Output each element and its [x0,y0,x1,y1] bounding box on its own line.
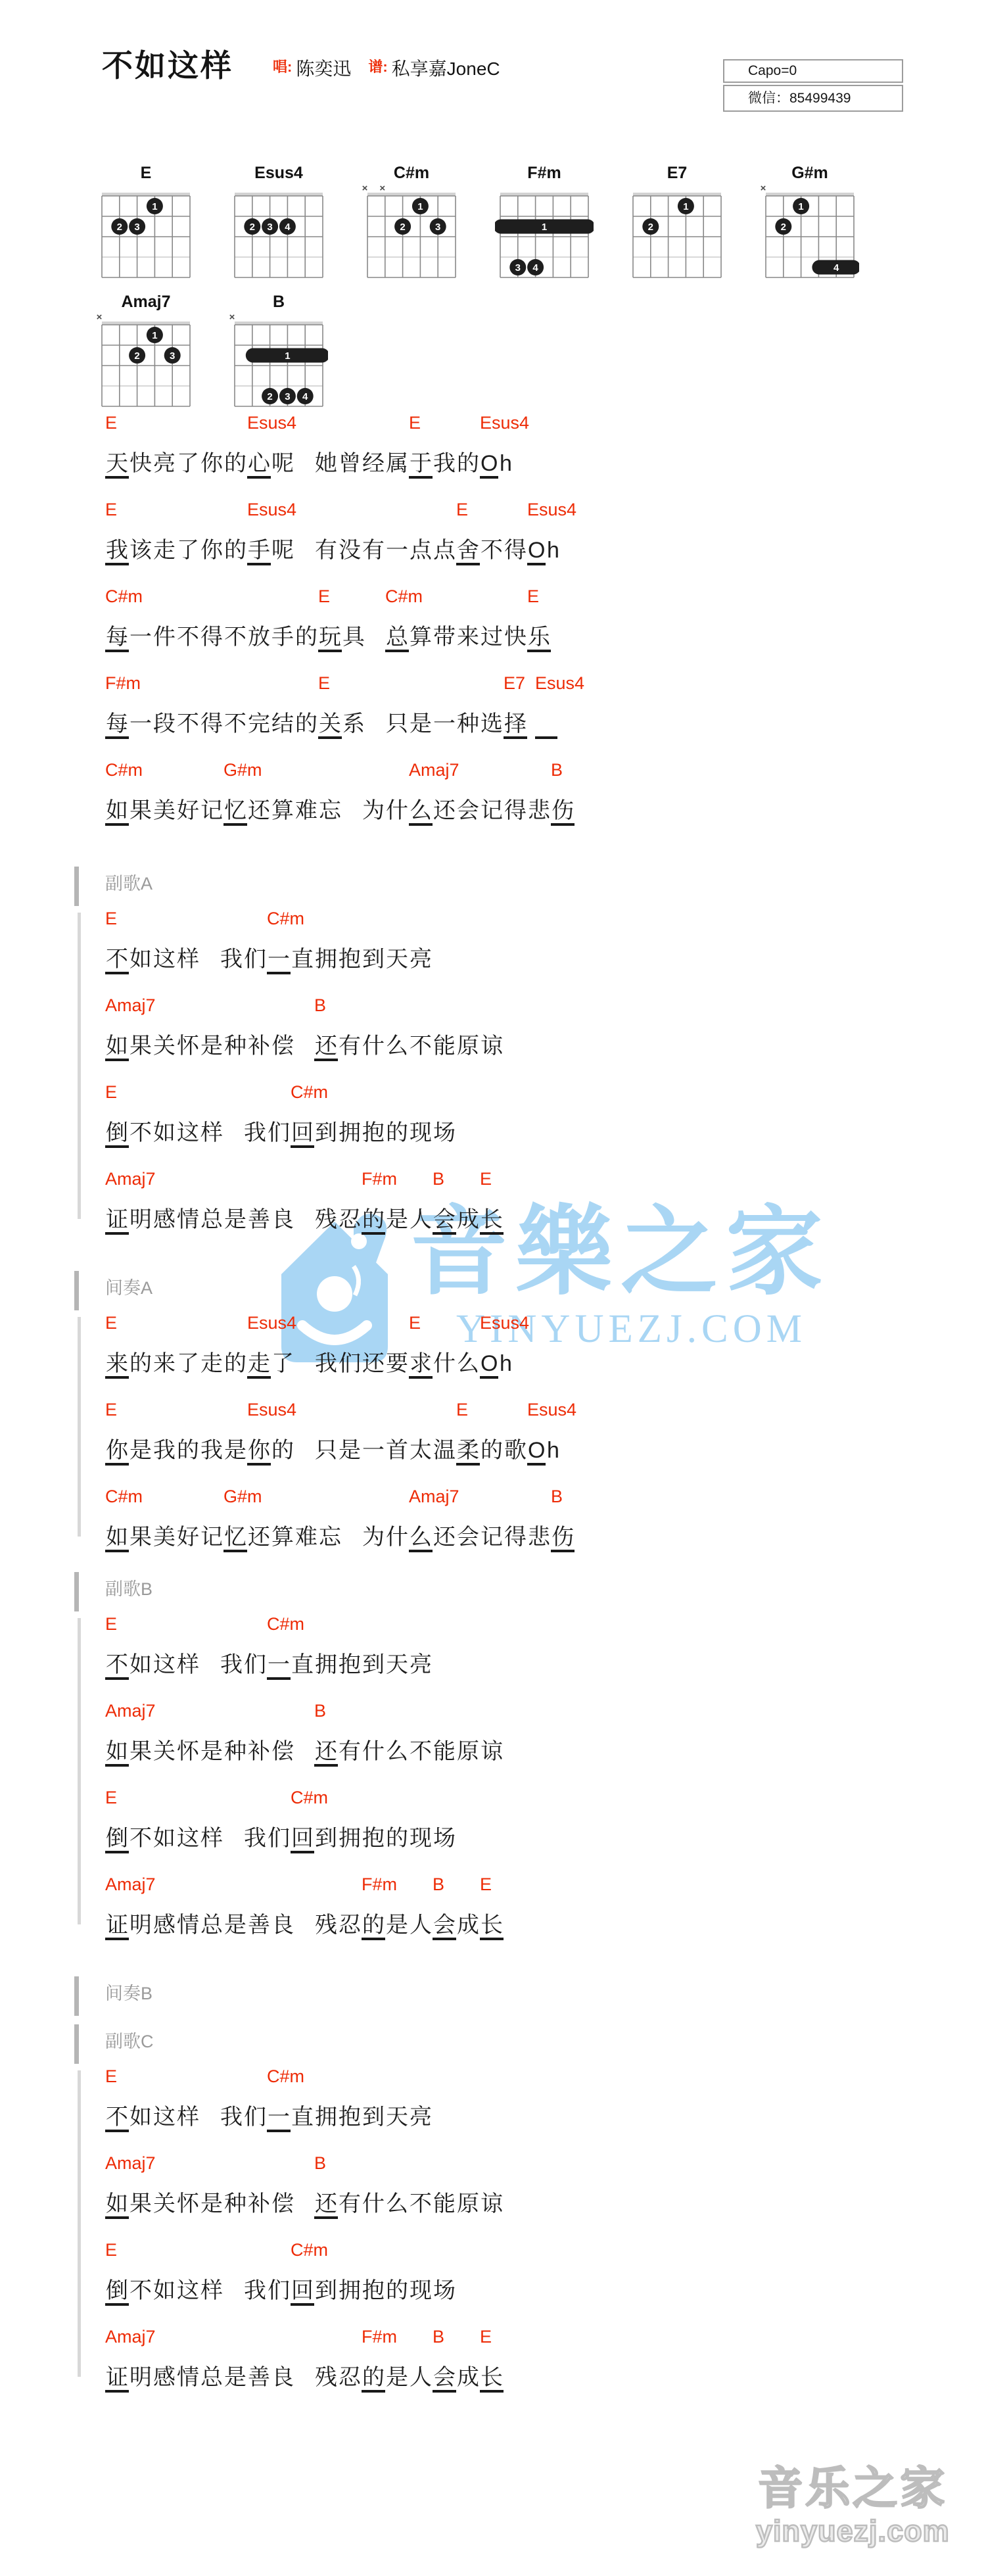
lyric-char [342,1522,352,1552]
lyric-line: 如果美好记忆还算难忘为什么还会记得悲伤 [105,1522,933,1556]
lyric-char: 明 [129,1205,153,1235]
lyric-char: 一 [129,709,153,739]
chord-name: C#m [105,760,143,780]
lyric-char: 忘 [318,796,342,826]
song-title: 不如这样 [102,50,233,81]
section-label-bar [74,1572,79,1611]
lyric-char: 如 [129,2102,153,2132]
section-副歌C: 副歌CEC#m不如这样我们一直拥抱到天亮Amaj7B如果关怀是种补偿还有什么不能… [105,2028,933,2397]
lyric-char: 良 [271,1205,294,1235]
svg-text:2: 2 [117,222,122,233]
lyric-char: 残 [314,1205,338,1235]
lyric-char: 得 [504,535,527,565]
chord-grid: 134 [495,183,594,281]
lyric-char: 一 [129,622,153,652]
lyric-char: 长 [480,1910,504,1940]
chord-name: E [409,413,421,433]
chord-name: E [480,2327,492,2347]
svg-text:4: 4 [285,222,291,233]
chord-diagram-Esus4: Esus4234 [229,164,328,285]
chord-grid: 234 [229,183,328,281]
chord-grid: 12 [628,183,726,281]
lyric-char [294,2189,304,2219]
lyric-char: O [480,1348,498,1379]
lyric-char: 忆 [223,1522,247,1552]
lyric-char: 还 [247,1522,271,1552]
lyric-char: 我 [243,2276,267,2306]
lyric-char: 原 [456,2189,480,2219]
lyric-line: 如果关怀是种补偿还有什么不能原谅 [105,2189,933,2223]
lyric-char: 抱 [338,2102,362,2132]
lyric-char: 如 [105,1736,129,1767]
lyric-char: 亮 [409,1650,433,1680]
lyric-char: 拥 [338,1823,362,1853]
chord-name: Esus4 [480,1313,529,1333]
lyric-char [304,535,314,565]
lyric-char: 现 [409,1118,433,1148]
section-label: 副歌A [105,871,933,909]
lyric-char: 来 [153,1348,176,1379]
section-content: EC#m不如这样我们一直拥抱到天亮Amaj7B如果关怀是种补偿还有什么不能原谅E… [105,2066,933,2397]
lyric-char: 忆 [223,796,247,826]
lyric-char: 怀 [176,1031,200,1061]
lyric-line: 不如这样我们一直拥抱到天亮 [105,944,933,978]
song-sections: EEsus4EEsus4天快亮了你的心呢她曾经属于我的OhEEsus4EEsus… [105,413,933,2414]
chord-name: Esus4 [527,500,576,519]
lyric-line: 天快亮了你的心呢她曾经属于我的Oh [105,448,933,483]
chord-name: E [105,1313,117,1333]
lyric-char: 只 [385,709,409,739]
lyric-char: 有 [338,1031,362,1061]
lyric-char: 是 [223,1205,247,1235]
lyric-char [304,1435,314,1466]
lyric-char: 是 [409,709,433,739]
lyric-char: 的 [223,1348,247,1379]
chord-line: EC#m [105,1082,933,1103]
lyric-char [342,796,352,826]
lyric-char: 样 [200,1823,223,1853]
lyric-char: 总 [200,2362,223,2393]
lyric-char: 到 [362,1650,385,1680]
section-label: 副歌C [105,2028,933,2066]
lyric-char: 样 [176,2102,200,2132]
lyric-char: 天 [385,944,409,974]
chord-line: Amaj7F#mBE [105,1169,933,1190]
lyric-char: 是 [223,1435,247,1466]
lyric-char: 么 [385,1736,409,1767]
chord-name: B [551,760,563,780]
lyric-char [223,1118,233,1148]
lyric-char: 记 [200,1522,223,1552]
chord-name: B [314,1701,326,1721]
svg-text:1: 1 [683,201,688,212]
chord-name: E7 [504,673,525,693]
svg-text:×: × [97,312,103,323]
lyric-char: 属 [385,448,409,479]
svg-text:1: 1 [285,350,290,362]
lyric-char: 亮 [153,448,176,479]
chord-diagram-E7: E712 [628,164,726,285]
lyric-char: 偿 [271,2189,294,2219]
lyric-char: 的 [480,1435,504,1466]
lyric-char: 不 [105,1650,129,1680]
lyric-char: 伤 [551,1522,575,1552]
lyric-char: O [527,535,546,565]
svg-text:2: 2 [134,350,139,362]
section-content: EC#m不如这样我们一直拥抱到天亮Amaj7B如果关怀是种补偿还有什么不能原谅E… [105,1614,933,1944]
lyric-char: 原 [456,1031,480,1061]
lyric-char: 回 [291,2276,314,2306]
lyric-char: 关 [153,1031,176,1061]
lyric-line: 你是我的我是你的只是一首太温柔的歌Oh [105,1435,933,1469]
lyric-char: 直 [291,944,314,974]
lyric-char: 总 [385,622,409,652]
lyric-char: 们 [243,2102,267,2132]
lyric-line: 如果关怀是种补偿还有什么不能原谅 [105,1031,933,1065]
lyric-char: 会 [456,1522,480,1552]
lyric-char: 不 [176,622,200,652]
lyric-char: 忍 [338,1910,362,1940]
section-间奏A: 间奏AEEsus4EEsus4来的来了走的走了我们还要求什么OhEEsus4EE… [105,1275,933,1556]
lyric-char: 点 [409,535,433,565]
lyric-char: 我 [243,1118,267,1148]
lyric-char: 如 [153,1823,176,1853]
lyric-char: 难 [294,796,318,826]
chord-name: Amaj7 [105,1169,156,1189]
lyric-char: 拥 [314,1650,338,1680]
chord-line: EC#m [105,2066,933,2087]
lyric-char [294,1205,304,1235]
lyric-char: 的 [129,1348,153,1379]
lyric-char: 明 [129,2362,153,2393]
lyric-char: 直 [291,2102,314,2132]
lyric-char: 天 [105,448,129,479]
lyric-char: 该 [129,535,153,565]
lyric-char: 残 [314,2362,338,2393]
lyric-char: 拥 [314,2102,338,2132]
lyric-char [352,796,362,826]
svg-text:2: 2 [400,222,405,233]
chord-name: E [318,586,330,606]
svg-text:1: 1 [417,201,423,212]
lyric-char: 要 [385,1348,409,1379]
lyric-char: 我 [314,1348,338,1379]
lyric-char: 亮 [409,2102,433,2132]
lyric-char: 的 [271,1435,294,1466]
lyric-char: 段 [153,709,176,739]
lyric-char: 们 [267,1823,291,1853]
chord-diagram-label: E [97,164,195,183]
lyric-char: h [498,448,513,479]
lyric-char: 点 [433,535,456,565]
lyric-line: 每一件不得不放手的玩具总算带来过快乐 [105,622,933,656]
lyric-char: 谅 [480,2189,504,2219]
lyric-char: 算 [271,796,294,826]
lyric-char: 算 [409,622,433,652]
lyric-char: 场 [433,1823,456,1853]
lyric-char: 舍 [456,535,480,565]
corner-watermark: 音乐之家 yinyuezj.com [756,2464,950,2549]
lyric-char: 悲 [527,796,551,826]
section-content: EC#m不如这样我们一直拥抱到天亮Amaj7B如果关怀是种补偿还有什么不能原谅E… [105,909,933,1239]
lyric-char: 得 [200,622,223,652]
lyric-char: 人 [409,2362,433,2393]
chord-grid: ×412 [761,183,859,281]
chord-name: Esus4 [247,413,296,433]
lyric-char: 能 [433,2189,456,2219]
chord-name: E [456,500,468,519]
lyric-char: 场 [433,2276,456,2306]
lyric-char [294,535,304,565]
lyric-char: O [480,448,498,479]
chord-name: F#m [362,1169,397,1189]
lyric-char [200,2102,210,2132]
chord-name: E [105,909,117,928]
lyric-char [375,709,385,739]
lyric-line: 倒不如这样我们回到拥抱的现场 [105,2276,933,2310]
lyric-char: 不 [409,2189,433,2219]
lyric-char: 长 [480,1205,504,1235]
lyric-char: 倒 [105,1823,129,1853]
capo-box: Capo=0 微信：85499439 [723,59,903,112]
chord-name: F#m [362,2327,397,2347]
lyric-char: 会 [433,2362,456,2393]
lyric-char: 关 [153,1736,176,1767]
lyric-char [304,1736,314,1767]
chord-name: C#m [385,586,423,606]
lyric-char: h [546,1435,560,1466]
lyric-char: 到 [314,1823,338,1853]
lyric-char: 什 [362,2189,385,2219]
lyric-char: 是 [385,1205,409,1235]
lyric-char: 忍 [338,1205,362,1235]
lyric-char [294,1736,304,1767]
lyric-char: 抱 [362,1823,385,1853]
lyric-char: 每 [105,709,129,739]
lyric-line: 证明感情总是善良残忍的是人会成长 [105,1910,933,1944]
lyric-char [233,1823,243,1853]
lyric-char: 抱 [362,2276,385,2306]
lyric-char: 有 [338,2189,362,2219]
lyric-char: 还 [314,1031,338,1061]
section-label: 间奏A [105,1275,933,1313]
lyric-char: 呢 [271,535,294,565]
lyric-char: 走 [153,535,176,565]
lyric-char: 会 [433,1910,456,1940]
svg-text:1: 1 [152,201,157,212]
lyric-char: 不 [223,709,247,739]
lyric-char: 歌 [504,1435,527,1466]
chord-name: E [105,2240,117,2260]
chord-name: Amaj7 [105,2153,156,2173]
section-rule [78,2070,81,2377]
lyric-char: 呢 [271,448,294,479]
svg-text:3: 3 [285,391,290,402]
lyric-line: 证明感情总是善良残忍的是人会成长 [105,2362,933,2397]
lyric-char [365,709,375,739]
svg-text:3: 3 [435,222,440,233]
lyric-char: 有 [362,535,385,565]
chord-name: F#m [362,1874,397,1894]
lyric-char: 的 [385,2276,409,2306]
lyric-char [233,1118,243,1148]
lyric-char: 抱 [338,1650,362,1680]
chord-line: EC#m [105,2240,933,2261]
lyric-char [365,622,375,652]
lyric-char: 美 [153,1522,176,1552]
chord-name: E [105,1082,117,1102]
lyric-char [223,2276,233,2306]
lyric-char: 是 [385,1910,409,1940]
lyric-char: 怀 [176,1736,200,1767]
lyric-char: 证 [105,1910,129,1940]
lyric-char: 长 [480,2362,504,2393]
lyric-char: 们 [243,1650,267,1680]
lyric-char: 抱 [362,1118,385,1148]
lyric-char [233,2276,243,2306]
svg-text:×: × [379,183,385,194]
chord-name: E [105,413,117,433]
lyric-char: 倒 [105,2276,129,2306]
capo-value: Capo=0 [723,59,903,83]
lyric-char: 会 [456,796,480,826]
lyric-char: 直 [291,1650,314,1680]
chord-name: Amaj7 [409,1487,459,1506]
lyric-char: 只 [314,1435,338,1466]
section-label: 间奏B [105,1980,933,2018]
lyric-char: 这 [176,1118,200,1148]
lyric-char [294,1435,304,1466]
lyric-char: 完 [247,709,271,739]
chord-name: Esus4 [247,500,296,519]
lyric-char [294,2362,304,2393]
chord-diagram-label: Amaj7 [97,293,195,312]
lyric-char: 善 [247,1205,271,1235]
lyric-char [304,1910,314,1940]
chord-name: F#m [105,673,141,693]
lyric-char: 场 [433,1118,456,1148]
lyric-char: 为 [362,796,385,826]
lyric-char: 于 [409,448,433,479]
lyric-char: 善 [247,1910,271,1940]
lyric-char: 算 [271,1522,294,1552]
lyric-char: 一 [385,535,409,565]
lyric-char: 快 [129,448,153,479]
chord-name: C#m [291,2240,328,2260]
lyric-char: 亮 [409,944,433,974]
lyric-char [304,1348,314,1379]
lyric-char: 们 [267,1118,291,1148]
lyric-char: 这 [153,1650,176,1680]
chord-name: C#m [291,1788,328,1807]
lyric-char: 我 [200,1435,223,1466]
tail-underline [535,709,557,739]
lyric-char: 手 [271,622,294,652]
svg-text:2: 2 [648,222,653,233]
chord-name: B [314,995,326,1015]
chord-line: F#mEE7Esus4 [105,673,933,694]
lyric-char: 到 [314,1118,338,1148]
scorer-name: 私享嘉JoneC [392,60,500,78]
chord-line: C#mEC#mE [105,586,933,608]
lyric-char: h [498,1348,513,1379]
lyric-char: 快 [504,622,527,652]
chord-diagram-row-2: Amaj7×123B×1234 [97,293,328,414]
lyric-char: 到 [362,944,385,974]
lyric-char: 么 [385,1031,409,1061]
section-label-bar [74,1976,79,2016]
chord-line: EEsus4EEsus4 [105,1313,933,1334]
section-rule [78,1317,81,1537]
lyric-char: 的 [362,1205,385,1235]
svg-text:2: 2 [250,222,255,233]
lyric-char: 补 [247,2189,271,2219]
lyric-char: 不 [409,1031,433,1061]
chord-name: E [105,1400,117,1419]
singer-name: 陈奕迅 [296,60,351,78]
section-content: EEsus4EEsus4天快亮了你的心呢她曾经属于我的OhEEsus4EEsus… [105,413,933,830]
lyric-char: 果 [129,796,153,826]
lyric-char: 良 [271,1910,294,1940]
lyric-char: 这 [176,1823,200,1853]
lyric-char [352,1522,362,1552]
lyric-char: 成 [456,1205,480,1235]
lyric-char: 一 [433,709,456,739]
lyric-char: 是 [385,2362,409,2393]
chord-name: B [433,2327,444,2347]
lyric-char: 择 [504,709,527,739]
section-content: EEsus4EEsus4来的来了走的走了我们还要求什么OhEEsus4EEsus… [105,1313,933,1556]
lyric-char: 现 [409,1823,433,1853]
chord-name: B [433,1169,444,1189]
chord-name: C#m [267,2066,304,2086]
lyric-char: 伤 [551,796,575,826]
lyric-char: 回 [291,1823,314,1853]
lyric-char: 什 [362,1031,385,1061]
section-rule [78,913,81,1219]
lyric-char: 这 [153,2102,176,2132]
section-label-bar [74,1271,79,1310]
wechat-contact: 微信：85499439 [723,85,903,112]
chord-name: Esus4 [247,1313,296,1333]
lyric-char: 什 [362,1736,385,1767]
lyric-char: 好 [176,1522,200,1552]
lyric-char: 如 [153,1118,176,1148]
chord-diagram-label: B [229,293,328,312]
lyric-char: 会 [433,1205,456,1235]
lyric-char: 人 [409,1205,433,1235]
lyric-char: 能 [433,1736,456,1767]
chord-grid: 123 [97,183,195,281]
lyric-char: 的 [223,535,247,565]
chord-line: EEsus4EEsus4 [105,413,933,434]
lyric-char: 回 [291,1118,314,1148]
lyric-char [200,944,210,974]
chord-line: Amaj7B [105,1701,933,1722]
lyric-char: 还 [314,2189,338,2219]
chord-name: E [318,673,330,693]
chord-diagram-label: F#m [495,164,594,183]
lyric-char: 放 [247,622,271,652]
chord-grid: ××123 [362,183,461,281]
lyric-char: 么 [409,796,433,826]
chord-name: E [480,1874,492,1894]
lyric-char [304,448,314,479]
lyric-char: 谅 [480,1031,504,1061]
lyric-char: 了 [176,448,200,479]
lyric-char: 温 [433,1435,456,1466]
lyric-char: 天 [385,2102,409,2132]
